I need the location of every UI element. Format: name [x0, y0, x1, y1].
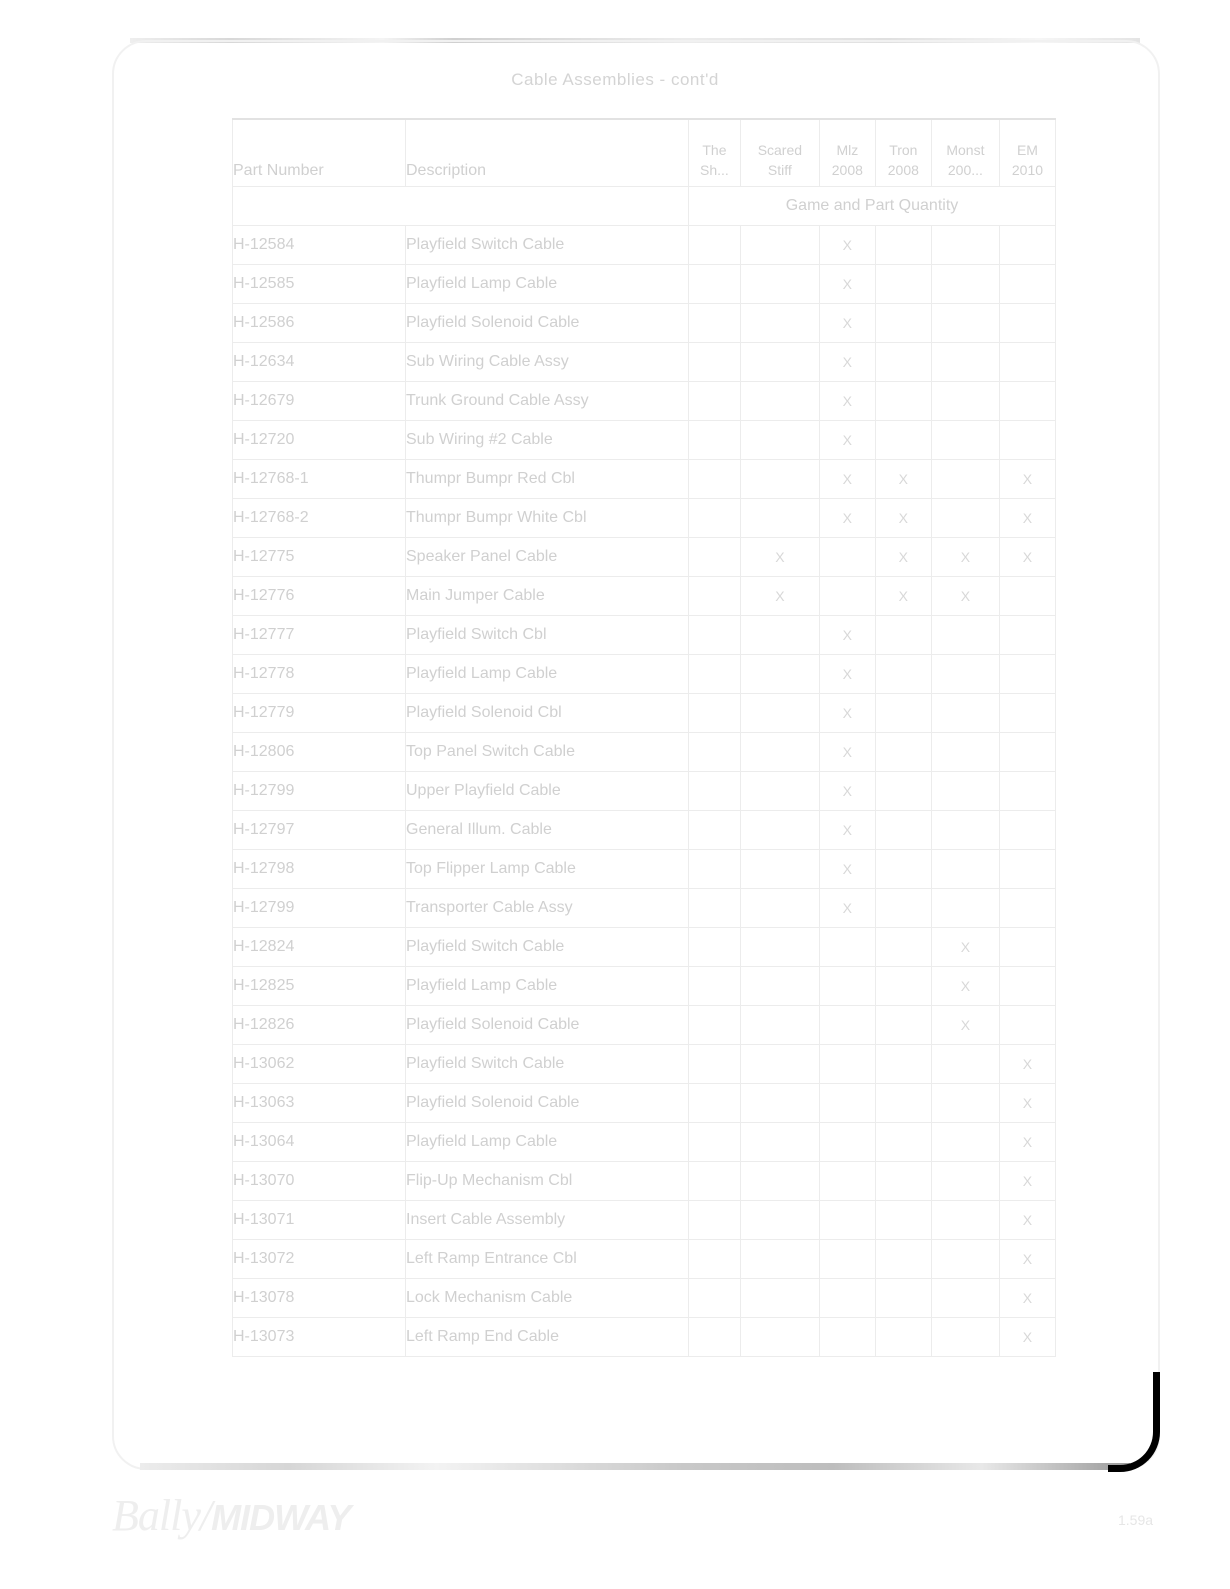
- game-quantity-cell: [689, 655, 741, 694]
- game-quantity-cell: X: [819, 460, 875, 499]
- game-quantity-cell: [875, 343, 931, 382]
- table-row: H-13062Playfield Switch CableX: [233, 1045, 1056, 1084]
- table-row: H-12798Top Flipper Lamp CableX: [233, 850, 1056, 889]
- game-quantity-cell: [740, 928, 819, 967]
- game-quantity-cell: X: [999, 1123, 1055, 1162]
- table-row: H-13078Lock Mechanism CableX: [233, 1279, 1056, 1318]
- table-row: H-13072Left Ramp Entrance CblX: [233, 1240, 1056, 1279]
- game-quantity-cell: [740, 1123, 819, 1162]
- part-number-cell: H-13064: [233, 1123, 406, 1162]
- game-quantity-cell: [689, 1162, 741, 1201]
- part-number-cell: H-12824: [233, 928, 406, 967]
- header-game-1: TheSh...: [689, 119, 741, 187]
- description-cell: Playfield Solenoid Cable: [406, 304, 689, 343]
- game-quantity-cell: X: [819, 226, 875, 265]
- game-quantity-cell: [875, 850, 931, 889]
- table-row: H-13064Playfield Lamp CableX: [233, 1123, 1056, 1162]
- game-quantity-cell: X: [931, 1006, 999, 1045]
- game-quantity-cell: [689, 1318, 741, 1357]
- game-quantity-cell: [819, 1162, 875, 1201]
- game-quantity-cell: X: [819, 772, 875, 811]
- part-number-cell: H-12634: [233, 343, 406, 382]
- game-quantity-cell: [931, 655, 999, 694]
- game-quantity-cell: [819, 967, 875, 1006]
- header-game-5: Monst200...: [931, 119, 999, 187]
- game-quantity-cell: [740, 655, 819, 694]
- game-quantity-cell: [999, 850, 1055, 889]
- game-quantity-cell: [819, 1318, 875, 1357]
- game-quantity-cell: [931, 1123, 999, 1162]
- game-quantity-cell: [689, 1084, 741, 1123]
- game-quantity-cell: X: [819, 811, 875, 850]
- part-number-cell: H-13062: [233, 1045, 406, 1084]
- table-row: H-12799Upper Playfield CableX: [233, 772, 1056, 811]
- game-quantity-cell: [689, 1279, 741, 1318]
- game-quantity-cell: [740, 772, 819, 811]
- description-cell: Sub Wiring Cable Assy: [406, 343, 689, 382]
- game-quantity-cell: [999, 694, 1055, 733]
- page-number: 1.59a: [1118, 1512, 1153, 1528]
- game-quantity-cell: [931, 1084, 999, 1123]
- game-quantity-cell: [689, 538, 741, 577]
- game-quantity-cell: [875, 1318, 931, 1357]
- game-quantity-cell: [819, 538, 875, 577]
- game-quantity-cell: [689, 811, 741, 850]
- game-quantity-cell: X: [875, 577, 931, 616]
- game-quantity-cell: [999, 928, 1055, 967]
- part-number-cell: H-13071: [233, 1201, 406, 1240]
- game-quantity-cell: [999, 265, 1055, 304]
- part-number-cell: H-13078: [233, 1279, 406, 1318]
- game-quantity-cell: [819, 1123, 875, 1162]
- table-row: H-12806Top Panel Switch CableX: [233, 733, 1056, 772]
- game-quantity-cell: [999, 655, 1055, 694]
- game-quantity-cell: X: [819, 733, 875, 772]
- description-cell: Lock Mechanism Cable: [406, 1279, 689, 1318]
- game-quantity-cell: [819, 1201, 875, 1240]
- part-number-cell: H-12720: [233, 421, 406, 460]
- game-quantity-cell: [740, 1318, 819, 1357]
- game-quantity-cell: [875, 928, 931, 967]
- game-quantity-cell: [689, 577, 741, 616]
- header-game-4: Tron2008: [875, 119, 931, 187]
- game-quantity-cell: [689, 499, 741, 538]
- game-quantity-cell: X: [819, 382, 875, 421]
- game-quantity-cell: [689, 967, 741, 1006]
- game-quantity-cell: [999, 616, 1055, 655]
- table-row: H-13073Left Ramp End CableX: [233, 1318, 1056, 1357]
- description-cell: Playfield Switch Cable: [406, 226, 689, 265]
- game-quantity-cell: [931, 499, 999, 538]
- game-quantity-cell: [875, 616, 931, 655]
- game-quantity-cell: [875, 1162, 931, 1201]
- game-quantity-cell: X: [931, 538, 999, 577]
- game-quantity-cell: [931, 382, 999, 421]
- description-cell: Insert Cable Assembly: [406, 1201, 689, 1240]
- game-quantity-cell: [740, 1240, 819, 1279]
- game-quantity-cell: [931, 1162, 999, 1201]
- cable-assemblies-table: Part Number Description TheSh... ScaredS…: [232, 118, 1056, 1357]
- part-number-cell: H-12806: [233, 733, 406, 772]
- game-quantity-cell: [740, 967, 819, 1006]
- table-row: H-12679Trunk Ground Cable AssyX: [233, 382, 1056, 421]
- game-quantity-cell: [740, 1045, 819, 1084]
- page-title: Cable Assemblies - cont'd: [0, 70, 1230, 90]
- part-number-cell: H-12775: [233, 538, 406, 577]
- game-quantity-cell: [740, 1162, 819, 1201]
- game-quantity-cell: [931, 772, 999, 811]
- game-quantity-cell: [689, 1240, 741, 1279]
- description-cell: Transporter Cable Assy: [406, 889, 689, 928]
- game-quantity-cell: [931, 265, 999, 304]
- game-quantity-cell: [931, 694, 999, 733]
- game-quantity-cell: [931, 421, 999, 460]
- game-quantity-cell: [740, 733, 819, 772]
- part-number-cell: H-12776: [233, 577, 406, 616]
- game-quantity-cell: X: [999, 1045, 1055, 1084]
- table-row: H-12776Main Jumper CableXXX: [233, 577, 1056, 616]
- game-quantity-cell: [875, 1045, 931, 1084]
- game-quantity-cell: [931, 1279, 999, 1318]
- game-quantity-cell: X: [999, 460, 1055, 499]
- game-quantity-cell: [689, 1201, 741, 1240]
- game-quantity-cell: [931, 1240, 999, 1279]
- game-quantity-cell: [689, 694, 741, 733]
- game-quantity-cell: [931, 811, 999, 850]
- table-row: H-12799Transporter Cable AssyX: [233, 889, 1056, 928]
- part-number-cell: H-13063: [233, 1084, 406, 1123]
- game-quantity-cell: [931, 1318, 999, 1357]
- game-quantity-cell: [999, 577, 1055, 616]
- game-quantity-cell: X: [819, 304, 875, 343]
- table-row: H-13063Playfield Solenoid CableX: [233, 1084, 1056, 1123]
- game-quantity-cell: [875, 226, 931, 265]
- game-quantity-cell: [875, 889, 931, 928]
- game-quantity-cell: [689, 928, 741, 967]
- game-quantity-cell: [740, 1006, 819, 1045]
- game-quantity-cell: [689, 460, 741, 499]
- part-number-cell: H-12826: [233, 1006, 406, 1045]
- game-quantity-cell: [931, 1201, 999, 1240]
- game-quantity-cell: X: [740, 577, 819, 616]
- description-cell: Playfield Lamp Cable: [406, 655, 689, 694]
- game-quantity-cell: X: [819, 694, 875, 733]
- game-quantity-cell: [875, 1240, 931, 1279]
- table-row: H-12797General Illum. CableX: [233, 811, 1056, 850]
- table-row: H-12824Playfield Switch CableX: [233, 928, 1056, 967]
- game-quantity-cell: X: [999, 1279, 1055, 1318]
- description-cell: Upper Playfield Cable: [406, 772, 689, 811]
- game-quantity-cell: [740, 1279, 819, 1318]
- game-quantity-cell: X: [819, 655, 875, 694]
- description-cell: Main Jumper Cable: [406, 577, 689, 616]
- description-cell: Trunk Ground Cable Assy: [406, 382, 689, 421]
- game-quantity-cell: [999, 889, 1055, 928]
- table-row: H-12825Playfield Lamp CableX: [233, 967, 1056, 1006]
- header-game-3: Mlz2008: [819, 119, 875, 187]
- game-quantity-cell: [875, 967, 931, 1006]
- table-row: H-13070Flip-Up Mechanism CblX: [233, 1162, 1056, 1201]
- description-cell: Flip-Up Mechanism Cbl: [406, 1162, 689, 1201]
- game-quantity-cell: [931, 226, 999, 265]
- game-quantity-cell: [999, 343, 1055, 382]
- game-quantity-cell: [875, 811, 931, 850]
- game-quantity-cell: [999, 733, 1055, 772]
- game-quantity-cell: [740, 499, 819, 538]
- game-quantity-cell: [740, 421, 819, 460]
- game-quantity-cell: [999, 226, 1055, 265]
- game-quantity-cell: X: [999, 538, 1055, 577]
- table-row: H-12777Playfield Switch CblX: [233, 616, 1056, 655]
- header-game-6: EM2010: [999, 119, 1055, 187]
- description-cell: Top Flipper Lamp Cable: [406, 850, 689, 889]
- part-number-cell: H-12798: [233, 850, 406, 889]
- header-description: Description: [406, 119, 689, 187]
- description-cell: Left Ramp End Cable: [406, 1318, 689, 1357]
- table-row: H-12775Speaker Panel CableXXXX: [233, 538, 1056, 577]
- table-row: H-12585Playfield Lamp CableX: [233, 265, 1056, 304]
- game-quantity-cell: [875, 772, 931, 811]
- table-header-row: Part Number Description TheSh... ScaredS…: [233, 119, 1056, 187]
- game-quantity-cell: [819, 1240, 875, 1279]
- part-number-cell: H-12825: [233, 967, 406, 1006]
- part-number-cell: H-12768-2: [233, 499, 406, 538]
- game-quantity-cell: [875, 1279, 931, 1318]
- game-quantity-cell: X: [740, 538, 819, 577]
- game-quantity-cell: X: [999, 1201, 1055, 1240]
- bottom-scan-border: [140, 1463, 1130, 1470]
- part-number-cell: H-13070: [233, 1162, 406, 1201]
- game-quantity-cell: [740, 1201, 819, 1240]
- game-quantity-cell: [689, 226, 741, 265]
- game-quantity-cell: [931, 889, 999, 928]
- game-quantity-cell: [999, 967, 1055, 1006]
- game-quantity-cell: [740, 382, 819, 421]
- description-cell: Playfield Lamp Cable: [406, 967, 689, 1006]
- game-quantity-cell: [819, 577, 875, 616]
- game-quantity-cell: [740, 811, 819, 850]
- header-game-2: ScaredStiff: [740, 119, 819, 187]
- game-quantity-cell: [689, 850, 741, 889]
- group-header-row: Game and Part Quantity: [233, 187, 1056, 226]
- description-cell: Playfield Lamp Cable: [406, 265, 689, 304]
- game-quantity-cell: [740, 304, 819, 343]
- description-cell: Sub Wiring #2 Cable: [406, 421, 689, 460]
- game-quantity-cell: [689, 304, 741, 343]
- table-row: H-12586Playfield Solenoid CableX: [233, 304, 1056, 343]
- game-quantity-cell: [875, 694, 931, 733]
- game-quantity-cell: X: [819, 850, 875, 889]
- game-quantity-cell: [931, 343, 999, 382]
- game-quantity-cell: X: [999, 1162, 1055, 1201]
- game-quantity-cell: [689, 889, 741, 928]
- table-row: H-12778Playfield Lamp CableX: [233, 655, 1056, 694]
- description-cell: Playfield Switch Cbl: [406, 616, 689, 655]
- part-number-cell: H-12584: [233, 226, 406, 265]
- table-row: H-12826Playfield Solenoid CableX: [233, 1006, 1056, 1045]
- game-quantity-cell: [689, 772, 741, 811]
- game-quantity-cell: [931, 1045, 999, 1084]
- game-quantity-cell: [999, 811, 1055, 850]
- description-cell: Top Panel Switch Cable: [406, 733, 689, 772]
- table-row: H-13071Insert Cable AssemblyX: [233, 1201, 1056, 1240]
- description-cell: Playfield Solenoid Cable: [406, 1084, 689, 1123]
- description-cell: Playfield Lamp Cable: [406, 1123, 689, 1162]
- description-cell: Thumpr Bumpr White Cbl: [406, 499, 689, 538]
- game-quantity-cell: X: [819, 499, 875, 538]
- table-row: H-12584Playfield Switch CableX: [233, 226, 1056, 265]
- game-quantity-cell: [740, 226, 819, 265]
- game-quantity-cell: [875, 382, 931, 421]
- part-number-cell: H-12768-1: [233, 460, 406, 499]
- game-quantity-cell: X: [931, 928, 999, 967]
- description-cell: Playfield Switch Cable: [406, 1045, 689, 1084]
- game-quantity-cell: X: [875, 499, 931, 538]
- game-quantity-cell: X: [931, 967, 999, 1006]
- game-quantity-cell: [689, 733, 741, 772]
- table-row: H-12779Playfield Solenoid CblX: [233, 694, 1056, 733]
- game-quantity-cell: [689, 1045, 741, 1084]
- game-quantity-cell: [999, 1006, 1055, 1045]
- game-quantity-cell: [689, 421, 741, 460]
- part-number-cell: H-12778: [233, 655, 406, 694]
- description-cell: Thumpr Bumpr Red Cbl: [406, 460, 689, 499]
- game-quantity-cell: [875, 1006, 931, 1045]
- game-quantity-cell: [875, 1123, 931, 1162]
- part-number-cell: H-12777: [233, 616, 406, 655]
- part-number-cell: H-12799: [233, 889, 406, 928]
- header-part-number: Part Number: [233, 119, 406, 187]
- game-quantity-cell: [740, 616, 819, 655]
- game-quantity-cell: X: [931, 577, 999, 616]
- game-quantity-cell: [689, 1006, 741, 1045]
- game-quantity-cell: [740, 694, 819, 733]
- part-number-cell: H-12586: [233, 304, 406, 343]
- bally-midway-logo: Bally/MIDWAY: [112, 1490, 350, 1541]
- game-quantity-cell: X: [819, 889, 875, 928]
- game-quantity-cell: [931, 304, 999, 343]
- game-quantity-cell: X: [875, 460, 931, 499]
- game-quantity-cell: [875, 655, 931, 694]
- game-quantity-cell: [999, 421, 1055, 460]
- game-quantity-cell: [689, 343, 741, 382]
- game-quantity-cell: [689, 265, 741, 304]
- game-quantity-cell: [740, 850, 819, 889]
- game-quantity-cell: [819, 928, 875, 967]
- part-number-cell: H-12679: [233, 382, 406, 421]
- table-row: H-12768-1Thumpr Bumpr Red CblXXX: [233, 460, 1056, 499]
- group-header-spacer: [233, 187, 689, 226]
- game-quantity-cell: [819, 1006, 875, 1045]
- game-quantity-cell: [999, 382, 1055, 421]
- game-quantity-cell: X: [819, 616, 875, 655]
- description-cell: Playfield Switch Cable: [406, 928, 689, 967]
- table-body: H-12584Playfield Switch CableXH-12585Pla…: [233, 226, 1056, 1357]
- group-header-label: Game and Part Quantity: [689, 187, 1056, 226]
- description-cell: Left Ramp Entrance Cbl: [406, 1240, 689, 1279]
- game-quantity-cell: [931, 850, 999, 889]
- description-cell: General Illum. Cable: [406, 811, 689, 850]
- table-row: H-12768-2Thumpr Bumpr White CblXXX: [233, 499, 1056, 538]
- game-quantity-cell: [689, 382, 741, 421]
- game-quantity-cell: X: [875, 538, 931, 577]
- part-number-cell: H-12799: [233, 772, 406, 811]
- table-row: H-12720Sub Wiring #2 CableX: [233, 421, 1056, 460]
- game-quantity-cell: [689, 1123, 741, 1162]
- game-quantity-cell: [931, 616, 999, 655]
- game-quantity-cell: [875, 304, 931, 343]
- game-quantity-cell: [875, 265, 931, 304]
- game-quantity-cell: X: [999, 1240, 1055, 1279]
- game-quantity-cell: [875, 1201, 931, 1240]
- game-quantity-cell: [999, 772, 1055, 811]
- game-quantity-cell: [819, 1084, 875, 1123]
- game-quantity-cell: X: [999, 499, 1055, 538]
- game-quantity-cell: [875, 733, 931, 772]
- part-number-cell: H-13072: [233, 1240, 406, 1279]
- game-quantity-cell: [931, 460, 999, 499]
- part-number-cell: H-12779: [233, 694, 406, 733]
- game-quantity-cell: [740, 1084, 819, 1123]
- game-quantity-cell: X: [819, 421, 875, 460]
- part-number-cell: H-12797: [233, 811, 406, 850]
- game-quantity-cell: [999, 304, 1055, 343]
- game-quantity-cell: X: [819, 343, 875, 382]
- part-number-cell: H-12585: [233, 265, 406, 304]
- part-number-cell: H-13073: [233, 1318, 406, 1357]
- game-quantity-cell: [740, 889, 819, 928]
- game-quantity-cell: [689, 616, 741, 655]
- game-quantity-cell: [740, 265, 819, 304]
- table-row: H-12634Sub Wiring Cable AssyX: [233, 343, 1056, 382]
- game-quantity-cell: [819, 1279, 875, 1318]
- game-quantity-cell: [931, 733, 999, 772]
- game-quantity-cell: [875, 1084, 931, 1123]
- game-quantity-cell: X: [819, 265, 875, 304]
- game-quantity-cell: X: [999, 1084, 1055, 1123]
- description-cell: Speaker Panel Cable: [406, 538, 689, 577]
- description-cell: Playfield Solenoid Cable: [406, 1006, 689, 1045]
- game-quantity-cell: [875, 421, 931, 460]
- game-quantity-cell: [740, 460, 819, 499]
- game-quantity-cell: X: [999, 1318, 1055, 1357]
- description-cell: Playfield Solenoid Cbl: [406, 694, 689, 733]
- game-quantity-cell: [740, 343, 819, 382]
- game-quantity-cell: [819, 1045, 875, 1084]
